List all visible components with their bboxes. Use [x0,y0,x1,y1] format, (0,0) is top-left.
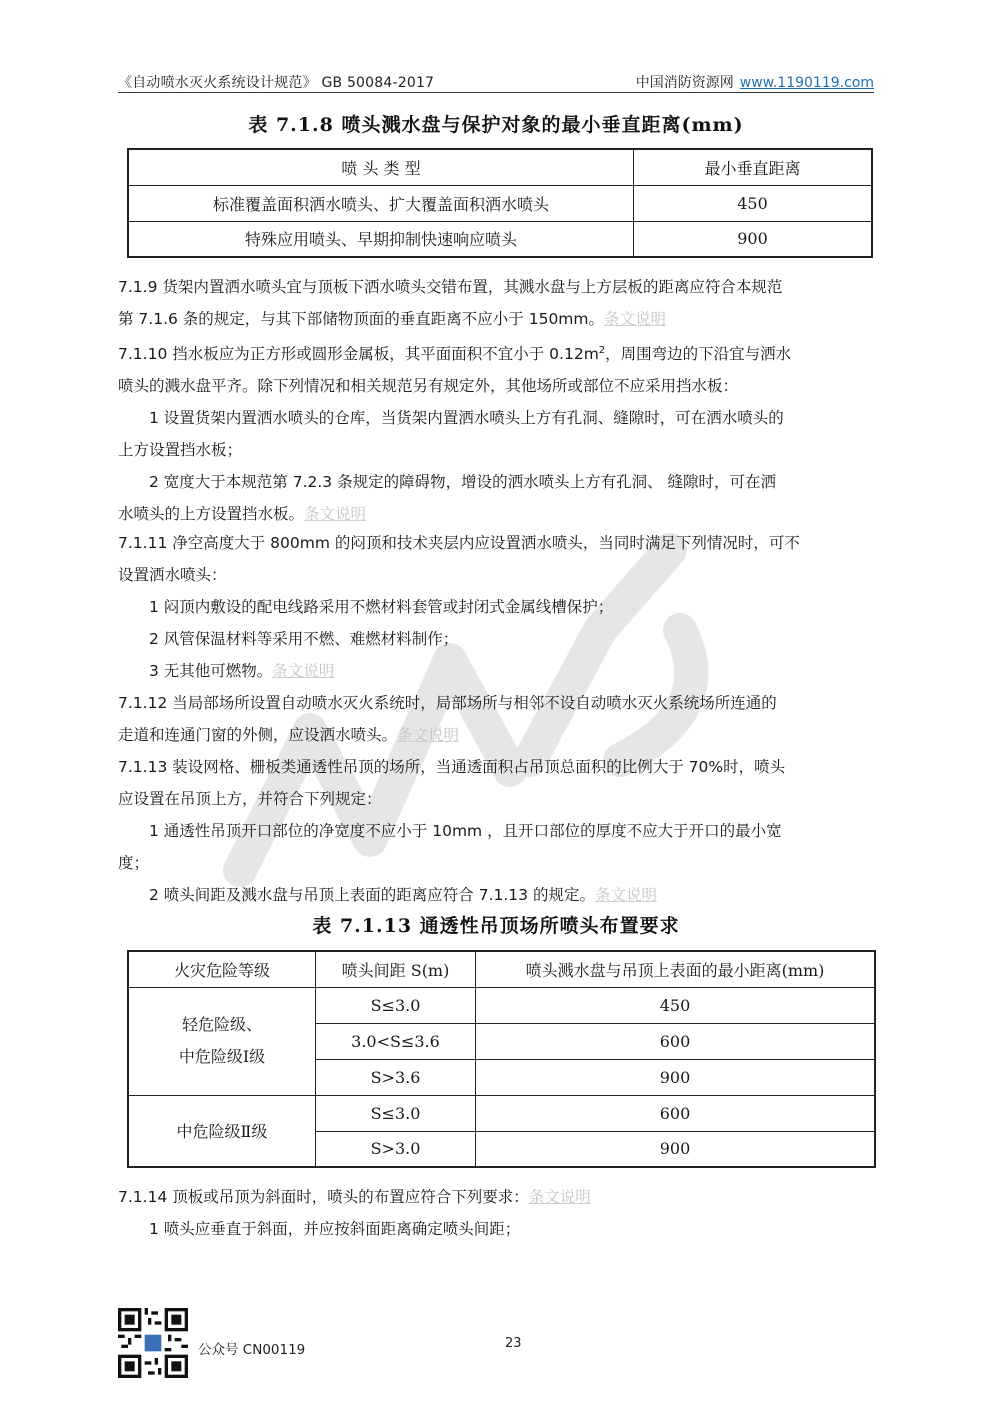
table-cell: 450 [634,185,873,221]
clause-text: 当局部场所设置自动喷水灭火系统时，局部场所与相邻不设自动喷水灭火系统场所连通的 [172,694,777,712]
table-row: 特殊应用喷头、早期抑制快速响应喷头 900 [128,221,872,257]
clause-line: 喷头的溅水盘平齐。除下列情况和相关规范另有规定外，其他场所或部位不应采用挡水板： [118,370,878,402]
clause-7-1-12: 7.1.12 当局部场所设置自动喷水灭火系统时，局部场所与相邻不设自动喷水灭火系… [118,687,878,751]
list-item-continuation: 度； [118,847,878,879]
clause-7-1-13: 7.1.13 装设网格、栅板类通透性吊顶的场所，当通透面积占吊顶总面积的比例大于… [118,751,878,911]
clause-line: 7.1.10 挡水板应为正方形或圆形金属板，其平面面积不宜小于 0.12m2，周… [118,335,878,370]
explanation-link[interactable]: 条文说明 [595,886,657,904]
clause-text: 2 喷头间距及溅水盘与吊顶上表面的距离应符合 7.1.13 的规定。 [149,886,595,904]
table-row: 标准覆盖面积洒水喷头、扩大覆盖面积洒水喷头 450 [128,185,872,221]
clause-number: 7.1.10 [118,345,167,363]
clause-line: 7.1.9 货架内置洒水喷头宜与顶板下洒水喷头交错布置，其溅水盘与上方层板的距离… [118,271,878,303]
table-7-1-8-title: 表 7.1.8 喷头溅水盘与保护对象的最小垂直距离(mm) [0,110,992,137]
table-cell: 600 [476,1023,876,1059]
clause-number: 7.1.12 [118,694,167,712]
wechat-account-label: 公众号 CN00119 [198,1338,305,1358]
table-header-row: 火灾危险等级 喷头间距 S(m) 喷头溅水盘与吊顶上表面的最小距离(mm) [128,951,875,987]
table-7-1-13: 火灾危险等级 喷头间距 S(m) 喷头溅水盘与吊顶上表面的最小距离(mm) 轻危… [127,950,876,1168]
header-cell-spacing: 喷头间距 S(m) [316,951,476,987]
table-7-1-8: 喷 头 类 型 最小垂直距离 标准覆盖面积洒水喷头、扩大覆盖面积洒水喷头 450… [127,148,873,258]
table-header-row: 喷 头 类 型 最小垂直距离 [128,149,872,185]
group-label-cell: 轻危险级、 中危险级Ⅰ级 [128,987,316,1095]
clause-text: ，周围弯边的下沿宜与洒水 [605,345,791,363]
clause-text: 挡水板应为正方形或圆形金属板，其平面面积不宜小于 0.12m [172,345,599,363]
clause-line: 7.1.14 顶板或吊顶为斜面时，喷头的布置应符合下列要求：条文说明 [118,1181,878,1213]
clause-text: 水喷头的上方设置挡水板。 [118,505,304,523]
table-cell: 900 [476,1131,876,1167]
explanation-link[interactable]: 条文说明 [272,662,334,680]
table-cell: 450 [476,987,876,1023]
clause-line: 7.1.12 当局部场所设置自动喷水灭火系统时，局部场所与相邻不设自动喷水灭火系… [118,687,878,719]
group-label: 中危险级Ⅰ级 [129,1041,315,1073]
clause-7-1-11: 7.1.11 净空高度大于 800mm 的闷顶和技术夹层内应设置洒水喷头，当同时… [118,527,878,687]
clause-text: 3 无其他可燃物。 [149,662,272,680]
table-cell: 标准覆盖面积洒水喷头、扩大覆盖面积洒水喷头 [128,185,634,221]
list-item: 1 设置货架内置洒水喷头的仓库，当货架内置洒水喷头上方有孔洞、缝隙时，可在洒水喷… [118,402,878,434]
list-item: 1 喷头应垂直于斜面，并应按斜面距离确定喷头间距； [118,1213,878,1245]
table-cell: 3.0<S≤3.6 [316,1023,476,1059]
list-item: 2 宽度大于本规范第 7.2.3 条规定的障碍物，增设的洒水喷头上方有孔洞、 缝… [118,466,878,498]
table-row: 轻危险级、 中危险级Ⅰ级 S≤3.0 450 [128,987,875,1023]
table-row: 中危险级Ⅱ级 S≤3.0 600 [128,1095,875,1131]
table-cell: 900 [476,1059,876,1095]
site-credit: 中国消防资源网www.1190119.com [636,72,874,92]
clause-text: 顶板或吊顶为斜面时，喷头的布置应符合下列要求： [172,1188,529,1206]
header-divider [118,92,874,93]
clause-text: 第 7.1.6 条的规定，与其下部储物顶面的垂直距离不应小于 150mm。 [118,310,604,328]
clause-number: 7.1.14 [118,1188,167,1206]
explanation-link[interactable]: 条文说明 [304,505,366,523]
explanation-link[interactable]: 条文说明 [604,310,666,328]
group-label-cell: 中危险级Ⅱ级 [128,1095,316,1167]
table-cell: S>3.6 [316,1059,476,1095]
clause-number: 7.1.13 [118,758,167,776]
document-title: 《自动喷水灭火系统设计规范》 GB 50084-2017 [118,72,434,92]
list-item: 2 风管保温材料等采用不燃、难燃材料制作； [118,623,878,655]
header-cell-hazard-class: 火灾危险等级 [128,951,316,987]
clause-text: 喷头的溅水盘平齐。除下列情况和相关规范另有规定外，其他场所或部位不应采用挡水板： [118,377,738,395]
clause-text: 装设网格、栅板类通透性吊顶的场所，当通透面积占吊顶总面积的比例大于 70%时，喷… [172,758,785,776]
explanation-link[interactable]: 条文说明 [397,726,459,744]
header-cell-nozzle-type: 喷 头 类 型 [128,149,634,185]
header-cell-min-distance: 最小垂直距离 [634,149,873,185]
table-cell: 特殊应用喷头、早期抑制快速响应喷头 [128,221,634,257]
table-cell: 600 [476,1095,876,1131]
clause-text: 货架内置洒水喷头宜与顶板下洒水喷头交错布置，其溅水盘与上方层板的距离应符合本规范 [162,278,782,296]
table-cell: 900 [634,221,873,257]
clause-line: 应设置在吊顶上方，并符合下列规定： [118,783,878,815]
qr-code-icon [118,1308,188,1378]
clause-line: 7.1.11 净空高度大于 800mm 的闷顶和技术夹层内应设置洒水喷头，当同时… [118,527,878,559]
list-item: 3 无其他可燃物。条文说明 [118,655,878,687]
clause-7-1-10: 7.1.10 挡水板应为正方形或圆形金属板，其平面面积不宜小于 0.12m2，周… [118,335,878,530]
header-cell-min-distance: 喷头溅水盘与吊顶上表面的最小距离(mm) [476,951,876,987]
explanation-link[interactable]: 条文说明 [529,1188,591,1206]
list-item-continuation: 上方设置挡水板； [118,434,878,466]
clause-7-1-14: 7.1.14 顶板或吊顶为斜面时，喷头的布置应符合下列要求：条文说明 1 喷头应… [118,1181,878,1245]
table-cell: S≤3.0 [316,1095,476,1131]
clause-text: 走道和连通门窗的外侧，应设洒水喷头。 [118,726,397,744]
group-label: 轻危险级、 [129,1009,315,1041]
table-cell: S≤3.0 [316,987,476,1023]
clause-line: 第 7.1.6 条的规定，与其下部储物顶面的垂直距离不应小于 150mm。条文说… [118,303,878,335]
clause-number: 7.1.11 [118,534,167,552]
clause-text: 净空高度大于 800mm 的闷顶和技术夹层内应设置洒水喷头，当同时满足下列情况时… [172,534,800,552]
list-item: 1 通透性吊顶开口部位的净宽度不应小于 10mm ，且开口部位的厚度不应大于开口… [118,815,878,847]
clause-line: 7.1.13 装设网格、栅板类通透性吊顶的场所，当通透面积占吊顶总面积的比例大于… [118,751,878,783]
list-item-continuation: 水喷头的上方设置挡水板。条文说明 [118,498,878,530]
list-item: 1 闷顶内敷设的配电线路采用不燃材料套管或封闭式金属线槽保护； [118,591,878,623]
site-url-link[interactable]: www.1190119.com [740,75,874,91]
clause-line: 走道和连通门窗的外侧，应设洒水喷头。条文说明 [118,719,878,751]
table-cell: S>3.0 [316,1131,476,1167]
clause-number: 7.1.9 [118,278,157,296]
clause-7-1-9: 7.1.9 货架内置洒水喷头宜与顶板下洒水喷头交错布置，其溅水盘与上方层板的距离… [118,271,878,335]
clause-line: 设置洒水喷头： [118,559,878,591]
page-number: 23 [505,1336,522,1351]
table-7-1-13-title: 表 7.1.13 通透性吊顶场所喷头布置要求 [0,911,992,938]
list-item: 2 喷头间距及溅水盘与吊顶上表面的距离应符合 7.1.13 的规定。条文说明 [118,879,878,911]
site-name: 中国消防资源网 [636,75,734,91]
